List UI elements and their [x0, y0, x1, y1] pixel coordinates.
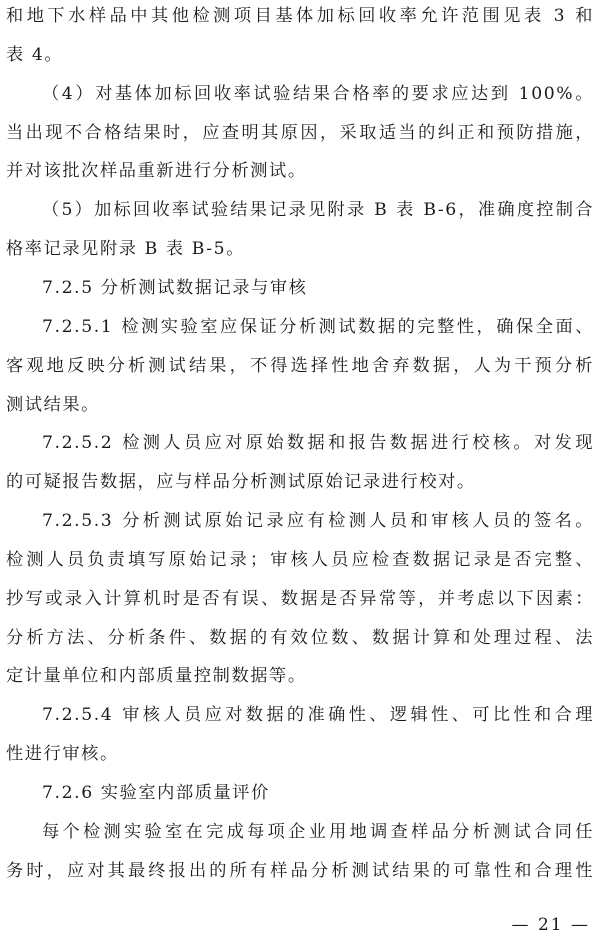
text-line-11: 测试结果。: [6, 390, 594, 420]
list-item-5: （5）加标回收率试验结果记录见附录 B 表 B-6，准确度控制合: [42, 195, 594, 225]
text-line-18: 定计量单位和内部质量控制数据等。: [6, 661, 594, 691]
text-line-2: 表 4。: [6, 40, 594, 70]
text-line-20: 性进行审核。: [6, 739, 594, 769]
section-heading-7-2-5: 7.2.5 分析测试数据记录与审核: [42, 273, 594, 303]
list-item-4: （4）对基体加标回收率试验结果合格率的要求应达到 100%。: [42, 79, 594, 109]
text-line-4: 当出现不合格结果时，应查明其原因，采取适当的纠正和预防措施，: [6, 118, 594, 148]
text-line-10: 客观地反映分析测试结果，不得选择性地舍弃数据，人为干预分析: [6, 351, 594, 381]
text-line-15: 检测人员负责填写原始记录；审核人员应检查数据记录是否完整、: [6, 545, 594, 575]
section-heading-7-2-6: 7.2.6 实验室内部质量评价: [42, 778, 594, 808]
text-line-7: 格率记录见附录 B 表 B-5。: [6, 234, 594, 264]
document-page: 和地下水样品中其他检测项目基体加标回收率允许范围见表 3 和 表 4。 （4）对…: [0, 0, 600, 940]
clause-7-2-5-2: 7.2.5.2 检测人员应对原始数据和报告数据进行校核。对发现: [42, 428, 594, 458]
paragraph-quality-evaluation: 每个检测实验室在完成每项企业用地调查样品分析测试合同任: [42, 817, 594, 847]
clause-7-2-5-1: 7.2.5.1 检测实验室应保证分析测试数据的完整性，确保全面、: [42, 312, 594, 342]
clause-7-2-5-3: 7.2.5.3 分析测试原始记录应有检测人员和审核人员的签名。: [42, 506, 594, 536]
text-line-17: 分析方法、分析条件、数据的有效位数、数据计算和处理过程、法: [6, 623, 594, 653]
text-line-13: 的可疑报告数据，应与样品分析测试原始记录进行校对。: [6, 467, 594, 497]
text-line-1: 和地下水样品中其他检测项目基体加标回收率允许范围见表 3 和: [6, 1, 594, 31]
text-line-5: 并对该批次样品重新进行分析测试。: [6, 156, 594, 186]
text-line-23: 务时，应对其最终报出的所有样品分析测试结果的可靠性和合理性: [6, 856, 594, 886]
page-number: — 21 —: [512, 912, 590, 938]
clause-7-2-5-4: 7.2.5.4 审核人员应对数据的准确性、逻辑性、可比性和合理: [42, 700, 594, 730]
text-line-16: 抄写或录入计算机时是否有误、数据是否异常等，并考虑以下因素：: [6, 584, 594, 614]
